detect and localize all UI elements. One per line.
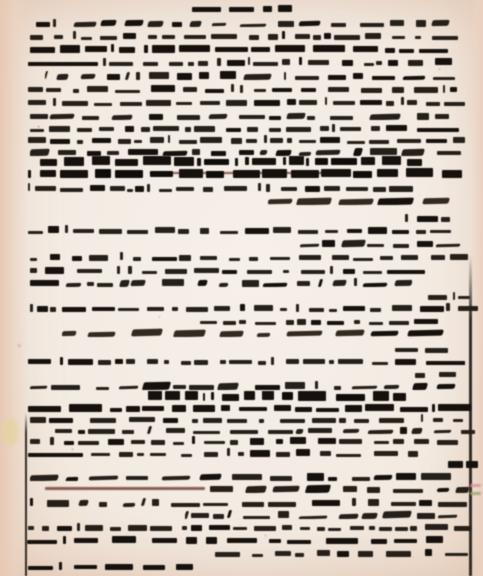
word-blob	[221, 405, 230, 411]
word-blob	[250, 450, 271, 457]
word-blob	[372, 76, 395, 80]
word-blob	[62, 307, 86, 312]
word-blob	[99, 127, 113, 131]
word-blob	[329, 360, 334, 364]
word-blob	[69, 404, 102, 412]
text-line	[30, 302, 478, 312]
word-blob	[343, 269, 355, 274]
word-blob	[326, 538, 358, 544]
word-blob	[78, 430, 85, 435]
word-blob	[402, 76, 426, 80]
word-blob	[243, 516, 270, 519]
word-blob	[415, 36, 421, 39]
word-blob	[123, 33, 137, 39]
word-blob	[147, 21, 164, 27]
word-blob	[30, 280, 59, 287]
word-blob	[92, 307, 115, 311]
word-blob	[422, 197, 450, 204]
word-blob	[301, 270, 325, 274]
word-blob	[299, 255, 321, 260]
word-blob	[127, 230, 148, 234]
word-blob	[115, 170, 144, 178]
word-blob	[200, 137, 221, 143]
word-blob	[394, 539, 417, 543]
word-blob	[99, 502, 107, 507]
word-blob	[301, 88, 316, 92]
word-blob	[386, 125, 406, 131]
word-blob	[353, 148, 363, 156]
word-blob	[368, 499, 380, 506]
word-blob	[331, 23, 347, 27]
word-blob	[330, 266, 333, 274]
word-blob	[453, 292, 455, 300]
word-blob	[312, 418, 336, 423]
word-blob	[298, 230, 318, 234]
word-blob	[414, 439, 429, 444]
word-blob	[240, 304, 245, 311]
word-blob	[174, 157, 193, 166]
word-blob	[200, 101, 220, 105]
word-blob	[242, 502, 264, 507]
word-blob	[28, 137, 46, 143]
text-line	[28, 447, 420, 457]
word-blob	[220, 231, 237, 234]
word-blob	[287, 540, 310, 544]
word-blob	[162, 35, 176, 39]
word-blob	[88, 476, 118, 480]
word-blob	[373, 391, 390, 401]
word-blob	[30, 304, 33, 312]
word-blob	[204, 452, 218, 457]
word-blob	[390, 20, 404, 26]
word-blob	[248, 57, 250, 65]
word-blob	[343, 306, 365, 311]
word-blob	[415, 373, 425, 378]
word-blob	[50, 254, 60, 260]
word-blob	[27, 540, 57, 544]
word-blob	[432, 404, 435, 412]
word-blob	[108, 439, 124, 445]
word-blob	[143, 62, 158, 66]
text-line	[186, 3, 296, 13]
word-blob	[215, 47, 247, 52]
text-line	[200, 315, 452, 325]
word-blob	[30, 268, 37, 273]
word-blob	[337, 551, 349, 557]
word-blob	[77, 128, 92, 132]
word-blob	[77, 523, 81, 531]
word-blob	[56, 74, 69, 80]
word-blob	[268, 430, 293, 434]
word-blob	[268, 198, 293, 204]
word-blob	[259, 150, 267, 155]
word-blob	[203, 503, 228, 506]
word-blob	[381, 511, 411, 518]
word-blob	[247, 270, 272, 274]
word-blob	[461, 430, 475, 434]
text-line	[415, 368, 468, 378]
text-line	[40, 156, 422, 166]
word-blob	[283, 270, 289, 273]
word-blob	[383, 385, 400, 389]
word-blob	[316, 408, 338, 412]
word-blob	[193, 405, 215, 412]
word-blob	[45, 267, 64, 274]
word-blob	[45, 71, 48, 79]
word-blob	[189, 385, 214, 390]
word-blob	[110, 408, 122, 412]
word-blob	[298, 391, 326, 401]
word-blob	[347, 141, 365, 144]
word-blob	[370, 330, 398, 336]
word-blob	[315, 381, 318, 389]
word-blob	[387, 270, 425, 274]
word-blob	[431, 20, 450, 26]
word-blob	[147, 359, 158, 364]
word-blob	[42, 526, 49, 531]
word-blob	[127, 189, 132, 192]
word-blob	[278, 5, 292, 12]
word-blob	[290, 437, 306, 444]
word-blob	[151, 440, 165, 445]
text-line	[28, 83, 462, 93]
word-blob	[115, 159, 138, 166]
word-blob	[393, 439, 405, 444]
word-blob	[92, 156, 110, 165]
word-blob	[30, 129, 44, 132]
word-blob	[229, 258, 240, 261]
red-dash	[45, 487, 205, 490]
word-blob	[363, 282, 388, 287]
word-blob	[382, 156, 401, 165]
word-blob	[173, 385, 185, 389]
word-blob	[325, 230, 338, 233]
word-blob	[443, 85, 445, 93]
word-blob	[124, 20, 144, 27]
word-blob	[395, 527, 407, 531]
word-blob	[300, 244, 320, 248]
word-blob	[122, 430, 134, 435]
word-blob	[143, 156, 172, 165]
word-blob	[126, 476, 148, 480]
word-blob	[258, 183, 261, 191]
word-blob	[181, 454, 193, 458]
word-blob	[112, 114, 134, 120]
word-blob	[276, 439, 283, 444]
word-blob	[152, 499, 160, 506]
word-blob	[206, 537, 217, 544]
word-blob	[64, 157, 85, 166]
word-blob	[99, 229, 122, 234]
word-blob	[87, 86, 108, 92]
word-blob	[120, 102, 142, 106]
word-blob	[177, 115, 200, 120]
word-blob	[212, 23, 227, 26]
word-blob	[336, 454, 361, 457]
word-blob	[335, 330, 365, 336]
text-line	[30, 264, 432, 274]
word-blob	[347, 229, 362, 233]
word-blob	[194, 360, 208, 365]
word-blob	[28, 170, 31, 178]
word-blob	[73, 21, 96, 27]
word-blob	[313, 45, 344, 52]
word-blob	[60, 357, 62, 365]
word-blob	[453, 137, 465, 143]
scanned-document-page	[0, 0, 483, 576]
word-blob	[186, 307, 208, 312]
word-blob	[328, 87, 349, 92]
word-blob	[224, 186, 247, 191]
word-blob	[367, 244, 384, 247]
word-blob	[285, 382, 306, 389]
text-line	[45, 70, 455, 80]
word-blob	[250, 438, 264, 445]
word-blob	[417, 513, 435, 519]
word-blob	[358, 551, 373, 557]
word-blob	[110, 527, 121, 531]
word-blob	[433, 418, 443, 422]
word-blob	[365, 33, 381, 39]
word-blob	[204, 441, 224, 444]
word-blob	[255, 322, 276, 325]
word-blob	[272, 88, 292, 92]
word-blob	[111, 44, 114, 52]
word-blob	[215, 552, 240, 557]
text-line	[30, 277, 412, 287]
word-blob	[269, 539, 280, 543]
word-blob	[152, 45, 174, 53]
word-blob	[105, 564, 133, 570]
word-blob	[369, 322, 383, 325]
word-blob	[407, 159, 422, 166]
word-blob	[336, 394, 365, 401]
word-blob	[50, 113, 76, 119]
word-blob	[128, 266, 132, 274]
word-blob	[222, 394, 240, 401]
word-blob	[416, 230, 427, 234]
text-line	[55, 424, 475, 434]
word-blob	[419, 49, 448, 53]
word-blob	[369, 526, 375, 530]
word-blob	[30, 149, 50, 156]
word-blob	[342, 60, 353, 66]
word-blob	[411, 428, 422, 434]
word-blob	[129, 417, 155, 422]
word-blob	[276, 452, 290, 457]
word-blob	[30, 417, 46, 423]
edge-streak-pink	[470, 484, 481, 487]
word-blob	[28, 359, 51, 364]
word-blob	[81, 73, 96, 79]
word-blob	[284, 72, 286, 80]
word-blob	[112, 536, 136, 543]
word-blob	[305, 485, 331, 493]
text-line	[405, 212, 458, 222]
word-blob	[327, 321, 344, 325]
word-blob	[363, 271, 382, 274]
text-line	[62, 327, 462, 337]
word-blob	[325, 97, 327, 105]
word-blob	[30, 498, 33, 506]
text-line	[300, 238, 465, 248]
word-blob	[137, 453, 144, 456]
word-blob	[199, 72, 209, 79]
word-blob	[245, 157, 249, 165]
word-blob	[238, 452, 245, 456]
word-blob	[217, 58, 221, 66]
word-blob	[270, 476, 292, 481]
word-blob	[87, 282, 94, 286]
word-blob	[298, 20, 320, 26]
word-blob	[231, 138, 242, 144]
word-blob	[169, 62, 183, 66]
word-blob	[392, 87, 404, 93]
word-blob	[338, 198, 374, 205]
word-blob	[171, 503, 200, 507]
word-blob	[192, 7, 220, 12]
word-blob	[353, 258, 373, 261]
word-blob	[155, 227, 175, 233]
word-blob	[256, 333, 270, 337]
text-line	[28, 224, 468, 234]
word-blob	[185, 511, 189, 519]
text-line	[30, 110, 455, 120]
word-blob	[286, 113, 306, 119]
word-blob	[354, 320, 360, 324]
word-blob	[131, 279, 147, 286]
text-line	[215, 547, 468, 557]
word-blob	[30, 47, 55, 53]
word-blob	[172, 405, 186, 412]
word-blob	[407, 329, 444, 336]
word-blob	[374, 451, 398, 456]
word-blob	[249, 35, 259, 40]
word-blob	[98, 360, 111, 365]
word-blob	[227, 448, 230, 456]
word-blob	[50, 307, 56, 312]
word-blob	[227, 538, 257, 543]
word-blob	[252, 554, 263, 557]
word-blob	[166, 428, 185, 433]
word-blob	[295, 76, 320, 80]
word-blob	[150, 526, 172, 531]
word-blob	[264, 135, 268, 143]
word-blob	[189, 20, 202, 27]
word-blob	[222, 270, 237, 274]
word-blob	[179, 140, 197, 144]
word-blob	[286, 127, 311, 132]
word-blob	[59, 562, 62, 570]
word-blob	[307, 116, 315, 120]
word-blob	[28, 566, 53, 570]
word-blob	[379, 418, 404, 423]
word-blob	[340, 127, 360, 131]
word-blob	[115, 359, 123, 364]
word-blob	[297, 319, 305, 325]
text-line	[395, 343, 468, 353]
word-blob	[126, 406, 140, 412]
word-blob	[100, 36, 117, 40]
word-blob	[239, 23, 266, 27]
word-blob	[369, 140, 389, 144]
word-blob	[414, 87, 437, 93]
word-blob	[57, 526, 71, 531]
word-blob	[28, 87, 43, 92]
word-blob	[172, 22, 182, 27]
word-blob	[450, 254, 467, 260]
word-blob	[389, 186, 412, 192]
word-blob	[131, 440, 146, 444]
word-blob	[376, 197, 414, 205]
word-blob	[134, 140, 143, 143]
word-blob	[51, 385, 81, 390]
word-blob	[287, 99, 296, 105]
word-blob	[436, 384, 456, 390]
word-blob	[185, 391, 198, 400]
word-blob	[278, 511, 289, 518]
word-blob	[28, 406, 61, 412]
word-blob	[373, 475, 392, 481]
word-blob	[435, 58, 452, 65]
word-blob	[220, 360, 227, 364]
word-blob	[331, 158, 357, 165]
word-blob	[393, 244, 409, 248]
word-blob	[142, 382, 171, 390]
word-blob	[417, 128, 459, 132]
word-blob	[420, 306, 444, 313]
word-blob	[309, 308, 324, 312]
paper-margin-right	[471, 0, 483, 576]
word-blob	[179, 255, 190, 261]
word-blob	[217, 383, 239, 390]
word-blob	[361, 88, 382, 93]
word-blob	[315, 158, 328, 165]
word-blob	[270, 257, 290, 260]
word-blob	[60, 45, 80, 53]
word-blob	[125, 72, 131, 80]
word-blob	[274, 405, 291, 411]
word-blob	[254, 89, 266, 92]
word-blob	[428, 295, 447, 300]
word-blob	[49, 126, 70, 132]
word-blob	[35, 186, 56, 191]
text-line	[28, 168, 465, 178]
word-blob	[448, 461, 463, 468]
word-blob	[324, 186, 341, 191]
word-blob	[181, 361, 190, 365]
word-blob	[182, 526, 188, 530]
word-blob	[371, 539, 387, 544]
word-blob	[328, 477, 337, 481]
word-blob	[85, 525, 104, 531]
word-blob	[379, 527, 392, 531]
word-blob	[119, 47, 135, 53]
word-blob	[73, 229, 94, 233]
word-blob	[466, 461, 478, 468]
word-blob	[318, 438, 336, 444]
word-blob	[437, 151, 461, 155]
text-line	[28, 182, 420, 192]
word-blob	[240, 85, 244, 93]
word-blob	[110, 186, 125, 191]
text-line	[28, 355, 465, 365]
word-blob	[370, 308, 381, 312]
word-blob	[334, 386, 341, 391]
word-blob	[78, 441, 99, 445]
word-blob	[109, 62, 132, 66]
word-blob	[295, 429, 304, 434]
